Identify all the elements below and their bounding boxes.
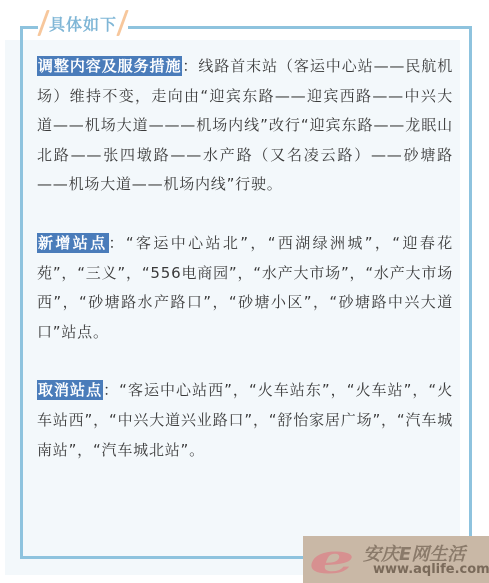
paragraph-removed-stops: 取消站点：“客运中心站西”，“火车站东”，“火车站”，“火车站西”，“中兴大道兴… xyxy=(37,376,453,465)
highlight-label: 调整内容及服务措施 xyxy=(37,56,182,76)
watermark: e 安庆E网生活 www.aqlife.com xyxy=(303,536,489,583)
highlight-label: 取消站点 xyxy=(37,380,103,400)
slash-decoration-icon xyxy=(37,10,49,36)
section-header: 具体如下 xyxy=(38,8,128,38)
section-title: 具体如下 xyxy=(49,12,117,35)
paragraph-adjustment: 调整内容及服务措施：线路首末站（客运中心站——民航机场）维持不变，走向由“迎宾东… xyxy=(37,52,453,200)
highlight-label: 新增站点 xyxy=(37,233,109,253)
paragraph-text: ：线路首末站（客运中心站——民航机场）维持不变，走向由“迎宾东路——迎宾西路——… xyxy=(37,57,453,193)
paragraph-new-stops: 新增站点：“客运中心站北”，“西湖绿洲城”，“迎春花苑”，“三义”，“556电商… xyxy=(37,229,453,347)
article-body: 调整内容及服务措施：线路首末站（客运中心站——民航机场）维持不变，走向由“迎宾东… xyxy=(37,52,453,494)
watermark-logo-icon: e xyxy=(309,540,355,580)
watermark-url: www.aqlife.com xyxy=(373,562,489,577)
slash-decoration-icon xyxy=(116,10,128,36)
